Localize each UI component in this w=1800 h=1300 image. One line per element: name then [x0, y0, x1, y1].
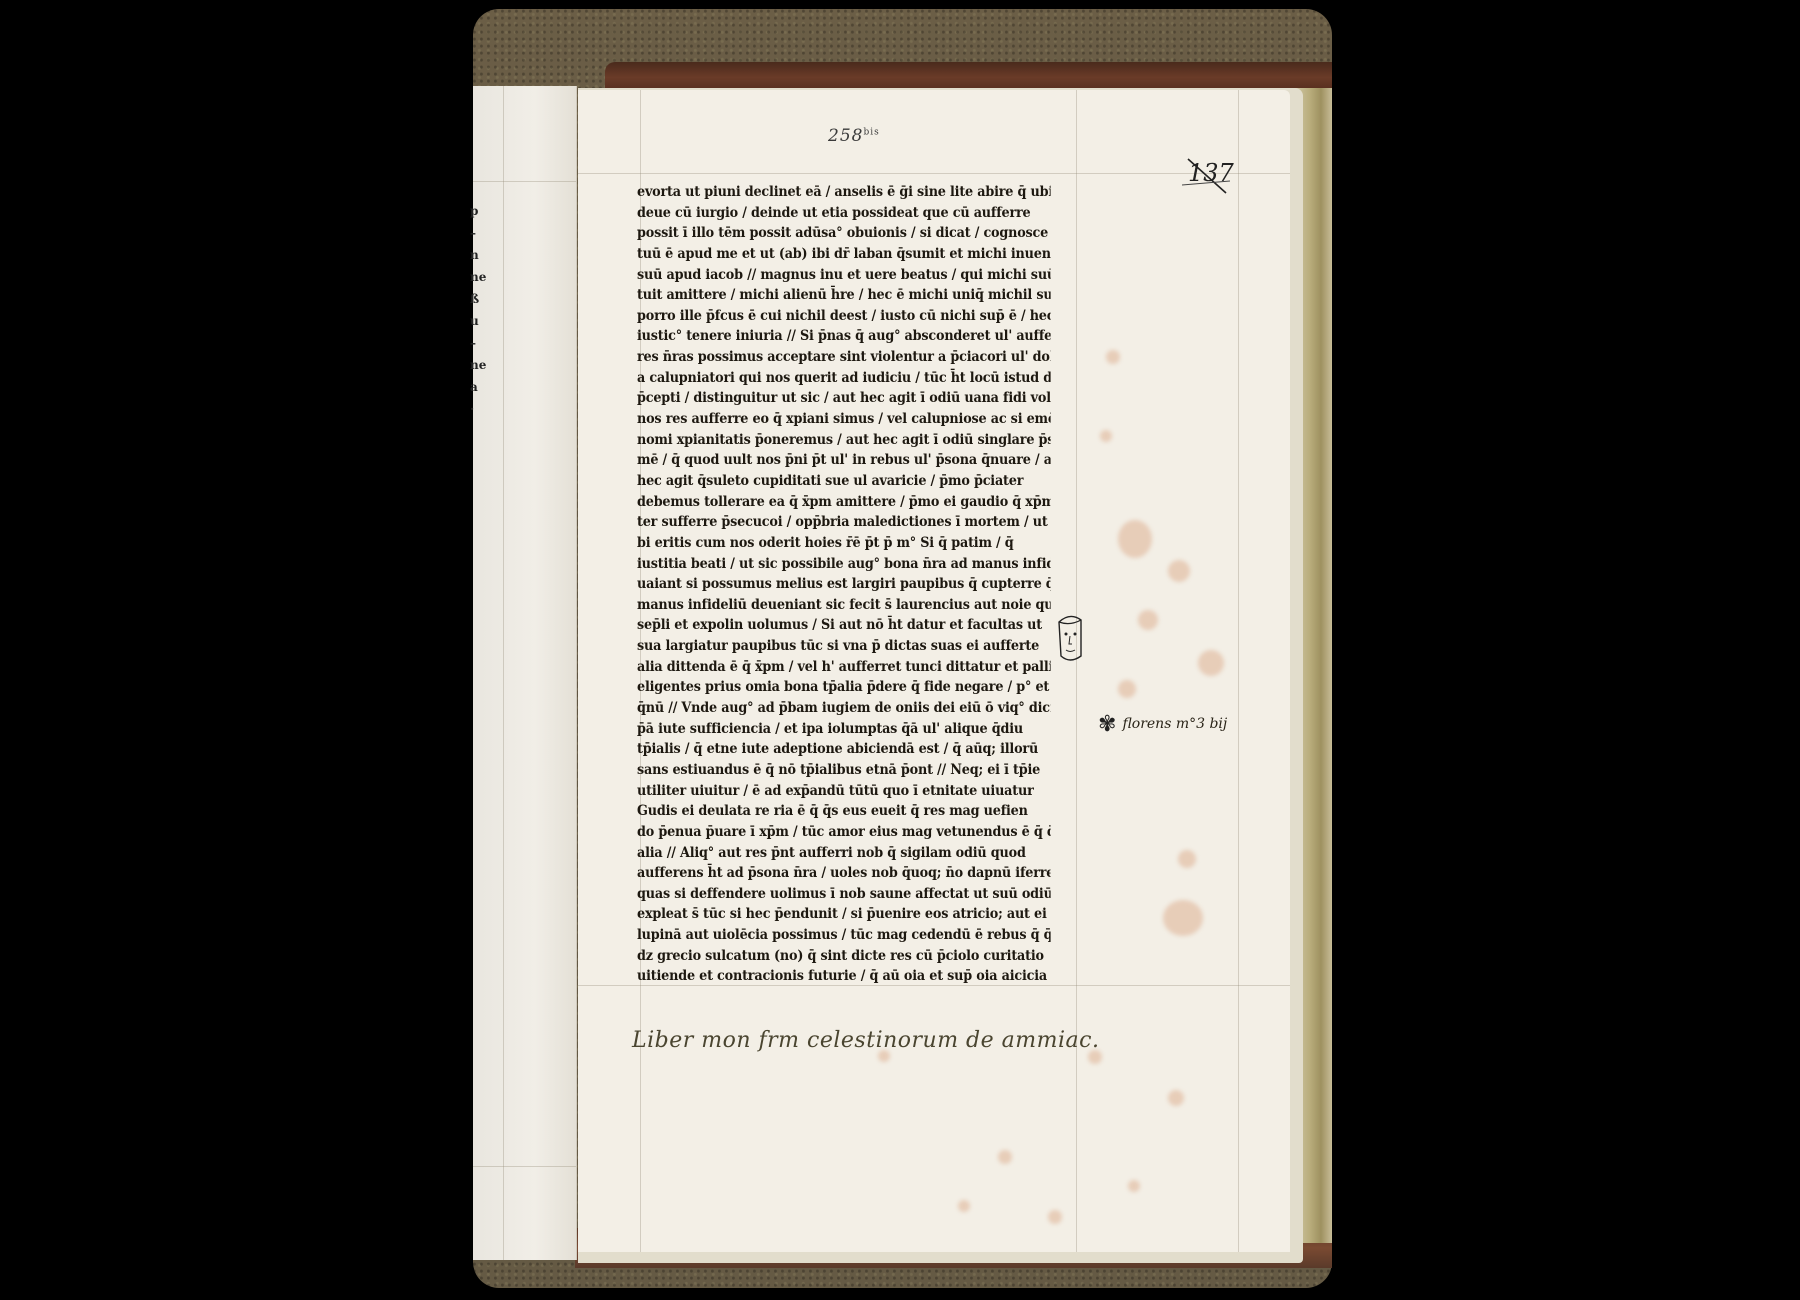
text-line: sans estiuandus ē q̄ nō tp̄ialibus etnā … — [637, 760, 1051, 781]
left-page-text-fragments: p–nneßu–nea· — [470, 200, 490, 420]
foxing-stain — [1198, 650, 1224, 676]
foxing-stain — [1048, 1210, 1062, 1224]
marginal-note-text: florens m°3 bij — [1122, 716, 1227, 732]
text-line: p̄cepti / distinguitur ut sic / aut hec … — [637, 388, 1051, 409]
text-line: tp̄ialis / q̄ etne iute adeptione abicie… — [637, 739, 1051, 760]
foxing-stain — [1118, 520, 1152, 558]
text-line: do p̄enua p̄uare ī xp̄m / tūc amor eius … — [637, 822, 1051, 843]
text-line: lupinā aut uiolēcia possimus / tūc mag c… — [637, 925, 1051, 946]
text-line: uitiende et contracionis futurie / q̄ aū… — [637, 966, 1051, 987]
text-line: expleat s̄ tūc si hec p̄endunit / si p̄u… — [637, 904, 1051, 925]
folio-suffix: bis — [863, 127, 879, 137]
foxing-stain — [998, 1150, 1012, 1164]
foxing-stain — [1178, 850, 1196, 868]
text-line: utiliter uiuitur / ē ad exp̄andū tūtū qu… — [637, 781, 1051, 802]
text-line: suū apud iacob // magnus inu et uere bea… — [637, 265, 1051, 286]
foxing-stain — [1106, 350, 1120, 364]
text-line: uaiant si possumus melius est largiri pa… — [637, 574, 1051, 595]
text-line: tuū ē apud me et ut (ab) ibi dr̄ laban q… — [637, 244, 1051, 265]
text-line: manus infideliū deueniant sic fecit s̄ l… — [637, 595, 1051, 616]
text-line: ter sufferre p̄secucoi / opp̄bria maledi… — [637, 512, 1051, 533]
foxing-stain — [958, 1200, 970, 1212]
strike-through-icon — [1182, 155, 1230, 197]
ruling-line — [503, 86, 504, 1260]
foxing-stain — [1168, 560, 1190, 582]
text-line: a calupniatori qui nos querit ad iudiciu… — [637, 368, 1051, 389]
text-line: sua largiatur paupibus tūc si vna p̄ dic… — [637, 636, 1051, 657]
text-line: quas si deffendere uolimus ī nob saune a… — [637, 884, 1051, 905]
foxing-stain — [1100, 430, 1112, 442]
text-line: hec agit q̄suleto cupiditati sue ul avar… — [637, 471, 1051, 492]
ruling-line — [473, 1166, 576, 1167]
text-line: bi eritis cum nos oderit hoies r̄ē p̄t p… — [637, 533, 1051, 554]
ruling-line — [473, 181, 576, 182]
text-line: iustic° tenere iniuria // Si p̄nas q̄ au… — [637, 326, 1051, 347]
text-line: alia dittenda ē q̄ x̄pm / vel h' aufferr… — [637, 657, 1051, 678]
folio-number: 258bis — [828, 126, 880, 146]
ruling-outer — [1238, 90, 1239, 1252]
old-folio-crossed: 137 — [1182, 155, 1230, 197]
leather-binding-top — [605, 62, 1332, 88]
text-line: sep̄li et expolin uolumus / Si aut nō h̄… — [637, 615, 1051, 636]
text-line: dz grecio sulcatum (no) q̄ sint dicte re… — [637, 946, 1051, 967]
text-line: nomi xpianitatis p̄oneremus / aut hec ag… — [637, 430, 1051, 451]
text-line: mē / q̄ quod uult nos p̄ni p̄t ul' in re… — [637, 450, 1051, 471]
text-line: nos res aufferre eo q̄ xpiani simus / ve… — [637, 409, 1051, 430]
marginal-face-sketch-icon — [1055, 612, 1085, 666]
text-line: deue cū iurgio / deinde ut etia possidea… — [637, 203, 1051, 224]
ex-libris-inscription: Liber mon frm celestinorum de ammiac. — [632, 1028, 1099, 1053]
text-line: res n̄ras possimus acceptare sint violen… — [637, 347, 1051, 368]
foxing-stain — [1138, 610, 1158, 630]
text-line: q̄nū // Vnde aug° ad p̄bam iugiem de oni… — [637, 698, 1051, 719]
text-line: alia // Aliq° aut res p̄nt aufferri nob … — [637, 843, 1051, 864]
foxing-stain — [1163, 900, 1203, 936]
flower-mark-icon: ✾ — [1098, 712, 1116, 737]
text-line: porro ille p̄fcus ē cui nichil deest / i… — [637, 306, 1051, 327]
folio-number-value: 258 — [828, 126, 863, 146]
text-line: aufferens h̄t ad p̄sona n̄ra / uoles nob… — [637, 863, 1051, 884]
foxing-stain — [1128, 1180, 1140, 1192]
foxing-stain — [1118, 680, 1136, 698]
text-line: possit ī illo tēm possit adūsa° obuionis… — [637, 223, 1051, 244]
foxing-stain — [1168, 1090, 1184, 1106]
text-line: evorta ut piuni declinet eā / anselis ē … — [637, 182, 1051, 203]
main-text-column: evorta ut piuni declinet eā / anselis ē … — [637, 182, 1077, 987]
text-line: iustitia beati / ut sic possibile aug° b… — [637, 554, 1051, 575]
text-line: tuit amittere / michi alienū h̄re / hec … — [637, 285, 1051, 306]
text-line: Gudis ei deulata re ria ē q̄ q̄s eus eue… — [637, 801, 1051, 822]
text-line: p̄ā iute sufficiencia / et ipa iolumptas… — [637, 719, 1051, 740]
text-line: debemus tollerare ea q̄ x̄pm amittere / … — [637, 492, 1051, 513]
marginal-note: ✾florens m°3 bij — [1098, 712, 1227, 737]
text-line: eligentes prius omia bona tp̄alia p̄dere… — [637, 677, 1051, 698]
